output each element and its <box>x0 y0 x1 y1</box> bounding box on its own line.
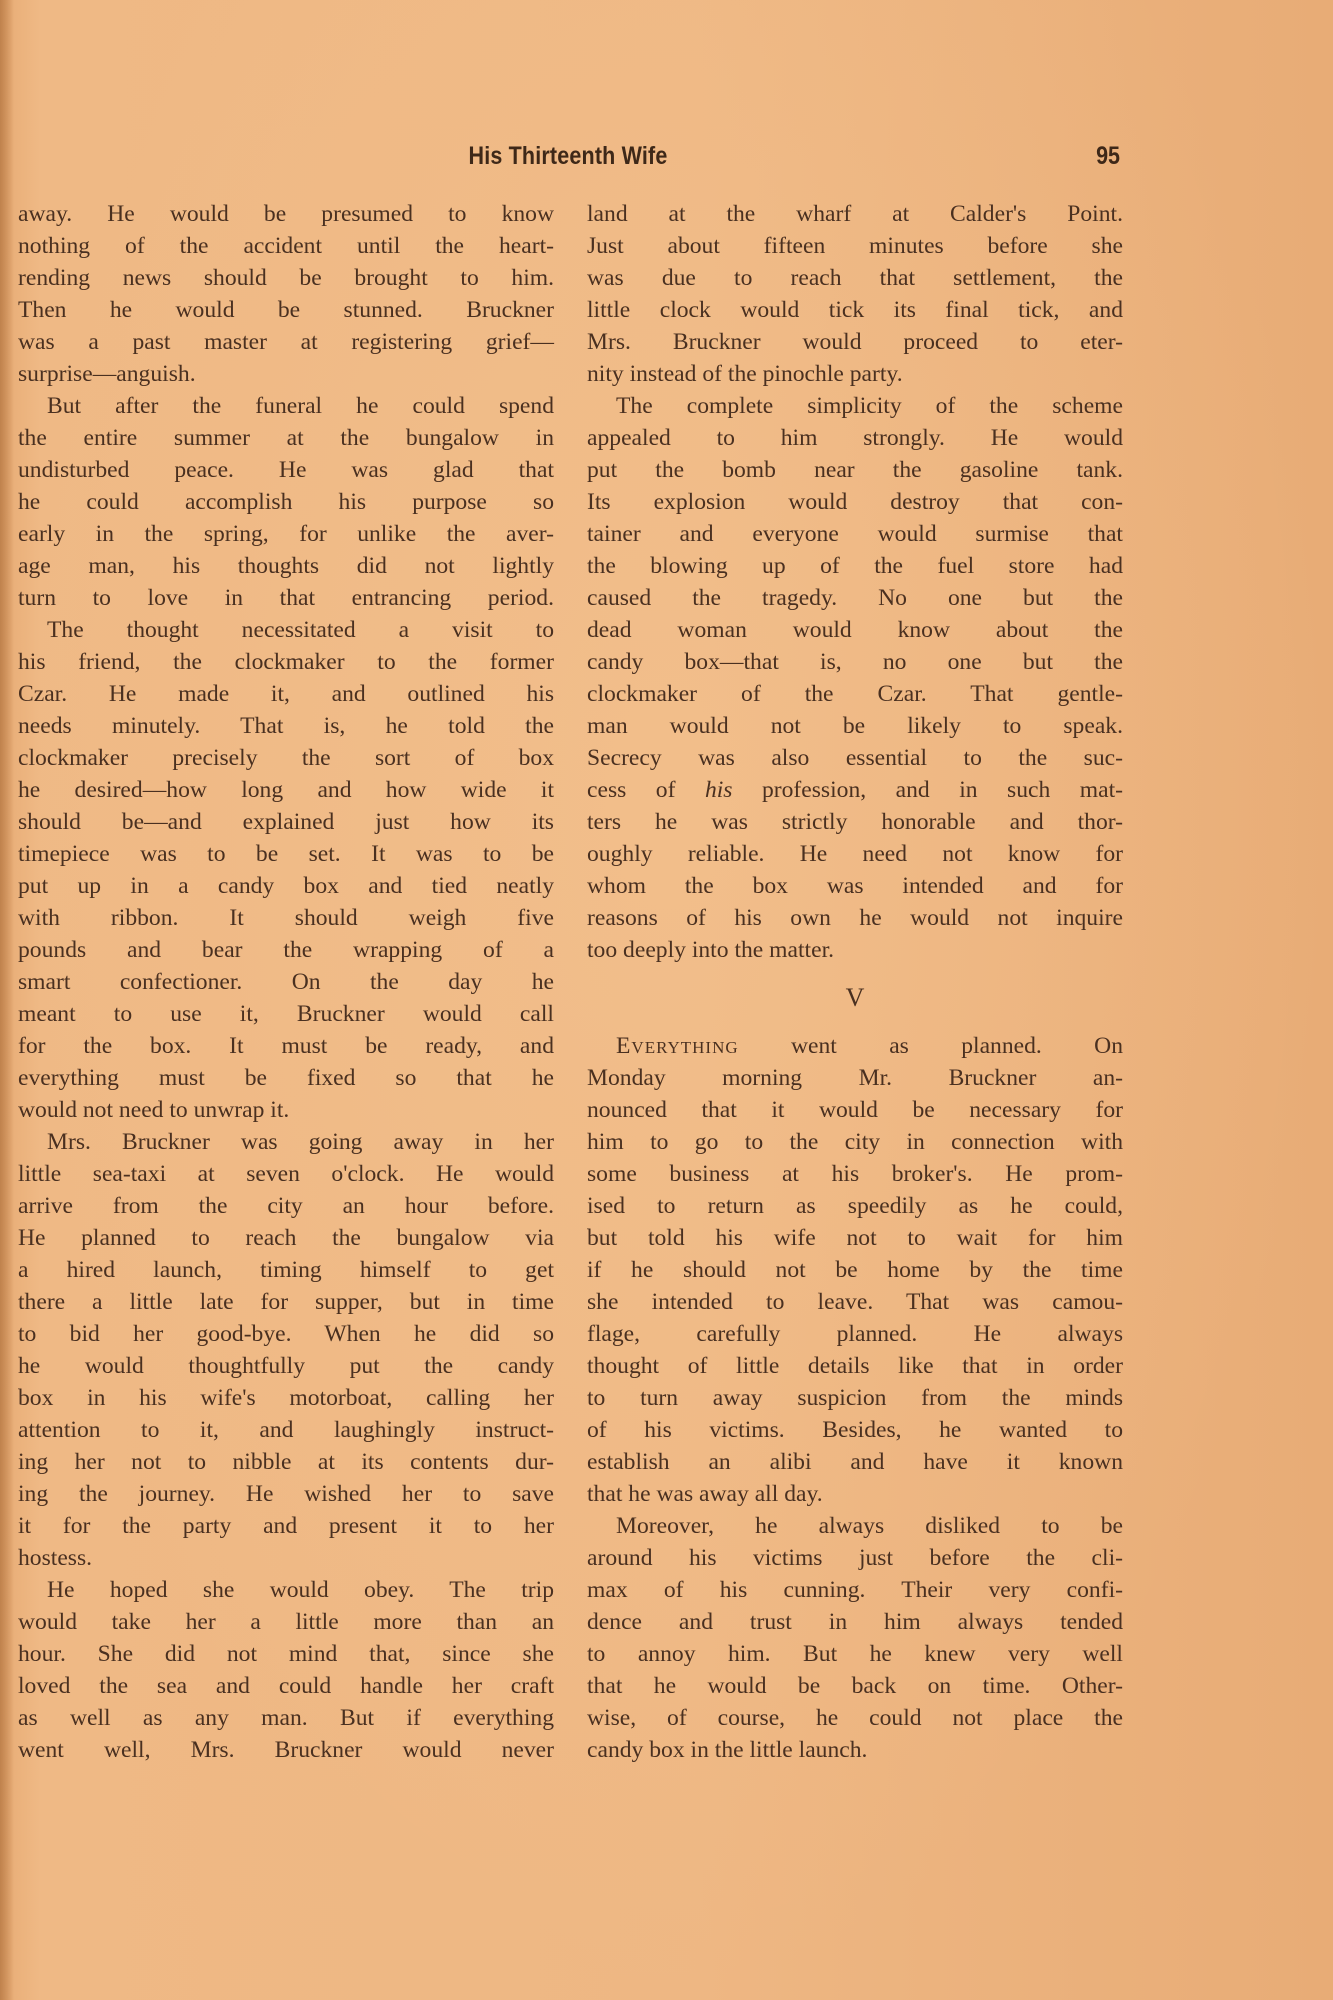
text-line: surprise—anguish. <box>18 358 554 390</box>
text-line: a hired launch, timing himself to get <box>18 1254 554 1286</box>
text-line: attention to it, and laughingly instruct… <box>18 1414 554 1446</box>
text-line: ing the journey. He wished her to save <box>18 1478 554 1510</box>
text-line: But after the funeral he could spend <box>18 390 554 422</box>
text-line: Secrecy was also essential to the suc- <box>587 742 1123 774</box>
text-segment: cess of <box>587 777 705 803</box>
paragraph: The thought necessitated a visit to his … <box>18 614 554 1126</box>
text-line: man would not be likely to speak. <box>587 710 1123 742</box>
text-segment: went as planned. On <box>739 1033 1123 1059</box>
text-line: Mrs. Bruckner was going away in her <box>18 1126 554 1158</box>
running-title: His Thirteenth Wife <box>435 142 702 171</box>
italic-emphasis: his <box>705 777 733 803</box>
text-line: establish an alibi and have it known <box>587 1446 1123 1478</box>
text-line: thought of little details like that in o… <box>587 1350 1123 1382</box>
text-line: little clock would tick its final tick, … <box>587 294 1123 326</box>
text-line: tainer and everyone would surmise that <box>587 518 1123 550</box>
text-line: too deeply into the matter. <box>587 934 1123 966</box>
text-line-with-italic: cess of his profession, and in such mat- <box>587 774 1123 806</box>
text-line: meant to use it, Bruckner would call <box>18 998 554 1030</box>
text-line: went well, Mrs. Bruckner would never <box>18 1734 554 1766</box>
text-line: whom the box was intended and for <box>587 870 1123 902</box>
text-line: caused the tragedy. No one but the <box>587 582 1123 614</box>
text-segment: profession, and in such mat- <box>732 777 1123 803</box>
text-line: of his victims. Besides, he wanted to <box>587 1414 1123 1446</box>
text-line: ing her not to nibble at its contents du… <box>18 1446 554 1478</box>
text-line: if he should not be home by the time <box>587 1254 1123 1286</box>
paragraph: He hoped she would obey. The trip would … <box>18 1574 554 1766</box>
text-line: appealed to him strongly. He would <box>587 422 1123 454</box>
text-line: to turn away suspicion from the minds <box>587 1382 1123 1414</box>
text-line: the entire summer at the bungalow in <box>18 422 554 454</box>
text-line: but told his wife not to wait for him <box>587 1222 1123 1254</box>
text-line: to bid her good-bye. When he did so <box>18 1318 554 1350</box>
text-line: He hoped she would obey. The trip <box>18 1574 554 1606</box>
text-line: Just about fifteen minutes before she <box>587 230 1123 262</box>
text-line: his friend, the clockmaker to the former <box>18 646 554 678</box>
text-line: it for the party and present it to her <box>18 1510 554 1542</box>
text-line: little sea-taxi at seven o'clock. He wou… <box>18 1158 554 1190</box>
text-line: needs minutely. That is, he told the <box>18 710 554 742</box>
text-line: loved the sea and could handle her craft <box>18 1670 554 1702</box>
book-page: His Thirteenth Wife 95 away. He would be… <box>0 0 1333 2000</box>
text-line: early in the spring, for unlike the aver… <box>18 518 554 550</box>
text-line: candy box—that is, no one but the <box>587 646 1123 678</box>
text-line: Monday morning Mr. Bruckner an- <box>587 1062 1123 1094</box>
text-line: some business at his broker's. He prom- <box>587 1158 1123 1190</box>
text-line: clockmaker of the Czar. That gentle- <box>587 678 1123 710</box>
text-line: max of his cunning. Their very confi- <box>587 1574 1123 1606</box>
text-line: dence and trust in him always tended <box>587 1606 1123 1638</box>
text-line: around his victims just before the cli- <box>587 1542 1123 1574</box>
text-line: he would thoughtfully put the candy <box>18 1350 554 1382</box>
text-line-with-smallcaps: Everything went as planned. On <box>587 1030 1123 1062</box>
text-line: smart confectioner. On the day he <box>18 966 554 998</box>
text-line: nothing of the accident until the heart- <box>18 230 554 262</box>
text-line: he desired—how long and how wide it <box>18 774 554 806</box>
text-line: flage, carefully planned. He always <box>587 1318 1123 1350</box>
text-line: there a little late for supper, but in t… <box>18 1286 554 1318</box>
left-column: away. He would be presumed to know nothi… <box>18 198 554 1766</box>
text-line: put the bomb near the gasoline tank. <box>587 454 1123 486</box>
text-line: box in his wife's motorboat, calling her <box>18 1382 554 1414</box>
text-line: nity instead of the pinochle party. <box>587 358 1123 390</box>
text-line: clockmaker precisely the sort of box <box>18 742 554 774</box>
text-line: He planned to reach the bungalow via <box>18 1222 554 1254</box>
running-head: His Thirteenth Wife 95 <box>0 142 1333 182</box>
text-line: The thought necessitated a visit to <box>18 614 554 646</box>
text-line: hostess. <box>18 1542 554 1574</box>
text-line: Czar. He made it, and outlined his <box>18 678 554 710</box>
text-line: was a past master at registering grief— <box>18 326 554 358</box>
text-line: dead woman would know about the <box>587 614 1123 646</box>
text-line: wise, of course, he could not place the <box>587 1702 1123 1734</box>
text-line: would take her a little more than an <box>18 1606 554 1638</box>
text-line: reasons of his own he would not inquire <box>587 902 1123 934</box>
paragraph: The complete simplicity of the scheme ap… <box>587 390 1123 966</box>
paragraph: Mrs. Bruckner was going away in her litt… <box>18 1126 554 1574</box>
text-line: nounced that it would be necessary for <box>587 1094 1123 1126</box>
text-line: ised to return as speedily as he could, <box>587 1190 1123 1222</box>
text-line: Moreover, he always disliked to be <box>587 1510 1123 1542</box>
smallcaps-lead: Everything <box>616 1033 739 1059</box>
text-line: pounds and bear the wrapping of a <box>18 934 554 966</box>
text-line: Then he would be stunned. Bruckner <box>18 294 554 326</box>
binding-gutter-shadow <box>0 0 14 2000</box>
section-numeral: V <box>587 966 1123 1030</box>
text-line: for the box. It must be ready, and <box>18 1030 554 1062</box>
text-line: was due to reach that settlement, the <box>587 262 1123 294</box>
text-line: hour. She did not mind that, since she <box>18 1638 554 1670</box>
paragraph: Moreover, he always disliked to be aroun… <box>587 1510 1123 1766</box>
paragraph: away. He would be presumed to know nothi… <box>18 198 554 390</box>
paragraph: land at the wharf at Calder's Point. Jus… <box>587 198 1123 390</box>
text-line: oughly reliable. He need not know for <box>587 838 1123 870</box>
text-line: with ribbon. It should weigh five <box>18 902 554 934</box>
text-line: land at the wharf at Calder's Point. <box>587 198 1123 230</box>
text-line: ters he was strictly honorable and thor- <box>587 806 1123 838</box>
paragraph: Everything went as planned. On Monday mo… <box>587 1030 1123 1510</box>
text-line: timepiece was to be set. It was to be <box>18 838 554 870</box>
text-line: Mrs. Bruckner would proceed to eter- <box>587 326 1123 358</box>
text-line: she intended to leave. That was camou- <box>587 1286 1123 1318</box>
text-line: put up in a candy box and tied neatly <box>18 870 554 902</box>
text-line: Its explosion would destroy that con- <box>587 486 1123 518</box>
text-line: away. He would be presumed to know <box>18 198 554 230</box>
text-line: The complete simplicity of the scheme <box>587 390 1123 422</box>
text-line: that he would be back on time. Other- <box>587 1670 1123 1702</box>
text-line: everything must be fixed so that he <box>18 1062 554 1094</box>
text-line: to annoy him. But he knew very well <box>587 1638 1123 1670</box>
text-line: the blowing up of the fuel store had <box>587 550 1123 582</box>
text-line: undisturbed peace. He was glad that <box>18 454 554 486</box>
text-line: would not need to unwrap it. <box>18 1094 554 1126</box>
text-line: candy box in the little launch. <box>587 1734 1123 1766</box>
right-column: land at the wharf at Calder's Point. Jus… <box>587 198 1123 1766</box>
text-line: as well as any man. But if everything <box>18 1702 554 1734</box>
paragraph: But after the funeral he could spend the… <box>18 390 554 614</box>
text-line: he could accomplish his purpose so <box>18 486 554 518</box>
text-line: should be—and explained just how its <box>18 806 554 838</box>
text-line: turn to love in that entrancing period. <box>18 582 554 614</box>
text-line: him to go to the city in connection with <box>587 1126 1123 1158</box>
text-line: age man, his thoughts did not lightly <box>18 550 554 582</box>
text-line: rending news should be brought to him. <box>18 262 554 294</box>
page-number: 95 <box>1084 142 1120 171</box>
text-line: that he was away all day. <box>587 1478 1123 1510</box>
text-line: arrive from the city an hour before. <box>18 1190 554 1222</box>
